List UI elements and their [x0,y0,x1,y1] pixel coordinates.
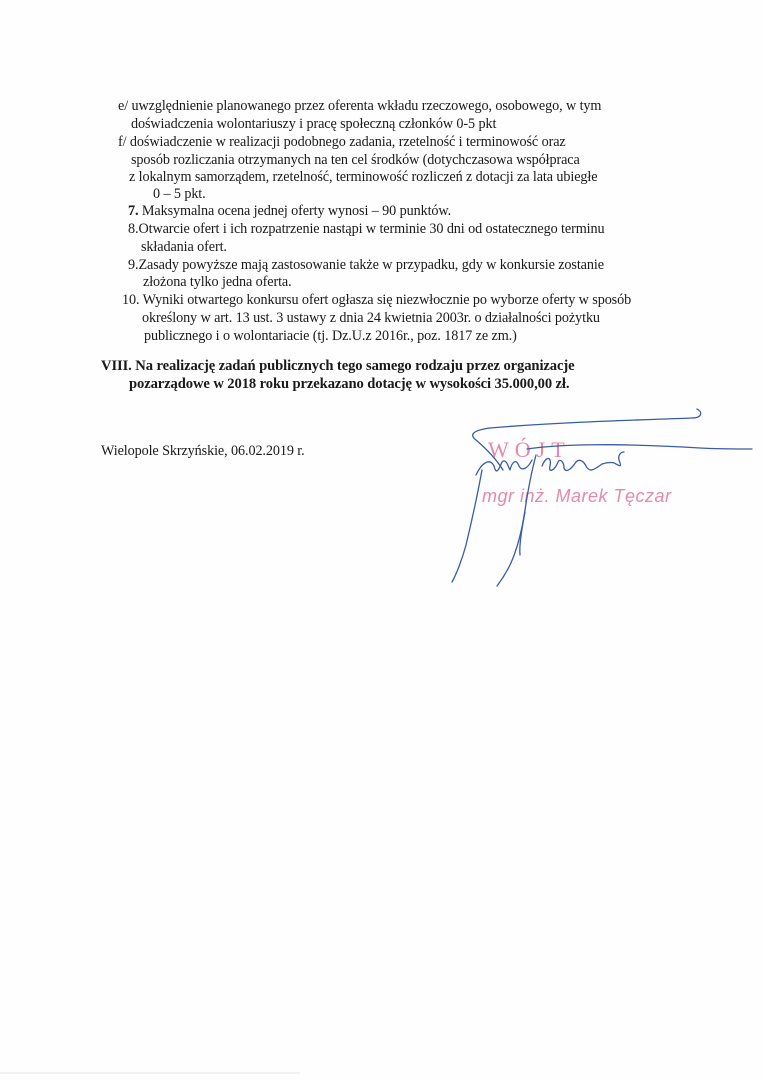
item-10-number: 10. [122,291,139,309]
criterion-f-line-3: z lokalnym samorządem, rzetelność, termi… [129,168,597,186]
stamp-name: mgr inż. Marek Tęczar [482,486,672,507]
scan-artifact [0,1072,300,1074]
criterion-f-marker: f/ [118,134,126,150]
item-9-line-1: 9.Zasady powyższe mają zastosowanie takż… [128,256,604,274]
item-8-line-2: składania ofert. [141,238,227,256]
criterion-e-line-1: e/ uwzględnienie planowanego przez ofere… [118,97,601,115]
item-9-number: 9. [128,256,138,274]
item-10-line-2: określony w art. 13 ust. 3 ustawy z dnia… [142,309,600,327]
place-date: Wielopole Skrzyńskie, 06.02.2019 r. [101,442,305,460]
criterion-e-line-2: doświadczenia wolontariuszy i pracę społ… [131,115,496,133]
section-viii-number: VIII. [101,358,132,374]
section-viii-line-2: pozarządowe w 2018 roku przekazano dotac… [129,375,569,393]
item-7-number: 7. [128,202,138,220]
document-page: e/ uwzględnienie planowanego przez ofere… [0,0,763,1080]
item-10-line-1: 10. Wyniki otwartego konkursu ofert ogła… [122,291,631,309]
item-7: 7. Maksymalna ocena jednej oferty wynosi… [128,202,451,220]
criterion-f-line-1: f/ doświadczenie w realizacji podobnego … [118,133,566,151]
item-9-line-2: złożona tylko jedna oferta. [143,273,292,291]
criterion-f-line-4: 0 – 5 pkt. [153,185,206,203]
item-10-line-3: publicznego i o wolontariacie (tj. Dz.U.… [144,327,517,345]
criterion-f-line-2: sposób rozliczania otrzymanych na ten ce… [131,151,580,169]
item-8-line-1: 8.Otwarcie ofert i ich rozpatrzenie nast… [128,220,604,238]
stamp-title: WÓJT [488,437,571,463]
criterion-e-marker: e/ [118,98,128,114]
section-viii-line-1: VIII. Na realizację zadań publicznych te… [101,357,575,375]
item-8-number: 8. [128,220,138,238]
